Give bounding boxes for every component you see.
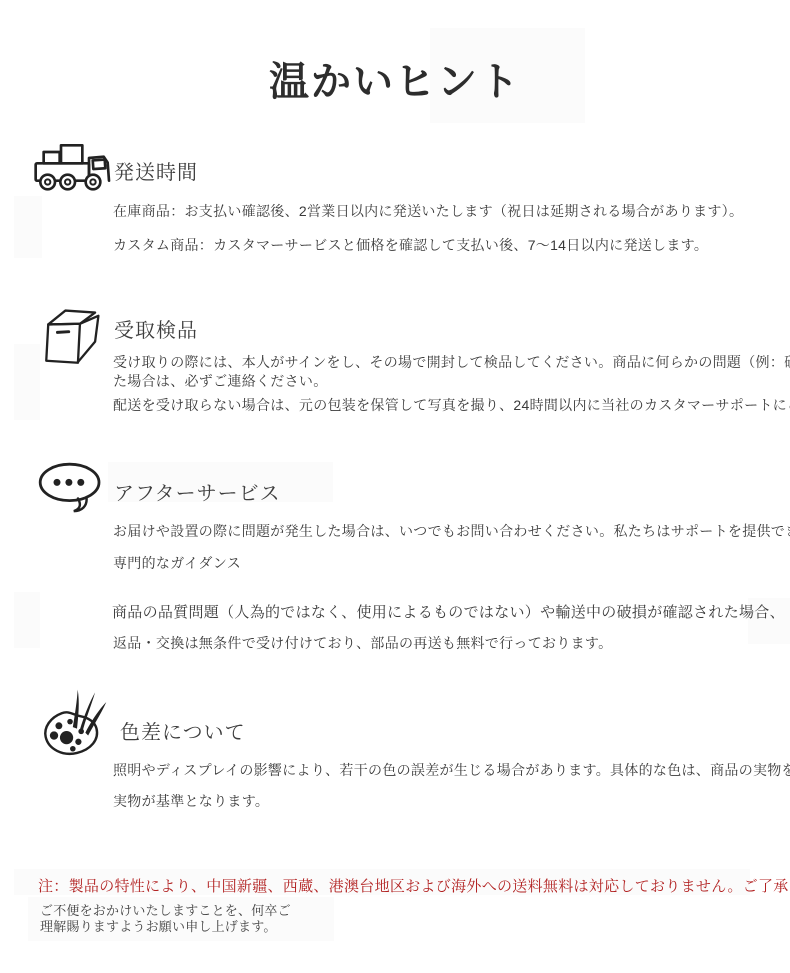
after-service-text-line: 専門的なガイダンス <box>113 553 241 573</box>
inspection-text-line: た場合は、必ずご連絡ください。 <box>113 371 328 391</box>
section-heading-shipping: 発送時間 <box>114 156 198 185</box>
section-heading-color-difference: 色差について <box>120 716 246 745</box>
shipping-text-line: 在庫商品：お支払い確認後、2営業日以内に発送いたします（祝日は延期される場合があ… <box>113 201 743 221</box>
after-service-text-line: 返品・交換は無条件で受け付けており、部品の再送も無料で行っております。 <box>113 633 612 653</box>
inspection-text-line: 受け取りの際には、本人がサインをし、その場で開封して検品してください。商品に何ら… <box>113 352 790 372</box>
after-service-text-line: お届けや設置の際に問題が発生した場合は、いつでもお問い合わせください。私たちはサ… <box>113 521 790 541</box>
apology-note-line: 理解賜りますようお願い申し上げます。 <box>40 916 277 935</box>
section-heading-after-service: アフターサービス <box>114 477 281 506</box>
speech-bubble-icon <box>36 460 106 516</box>
shipping-text-line: カスタム商品：カスタマーサービスと価格を確認して支払い後、7～14日以内に発送し… <box>113 235 708 255</box>
color-difference-text-line: 照明やディスプレイの影響により、若干の色の誤差が生じる場合があります。具体的な色… <box>113 760 790 780</box>
background-artifact <box>14 196 42 258</box>
open-box-icon <box>36 302 108 368</box>
paint-palette-icon <box>38 686 116 760</box>
inspection-text-line: 配送を受け取らない場合は、元の包装を保管して写真を撮り、24時間以内に当社のカス… <box>113 395 790 415</box>
after-service-text-line: 商品の品質問題（人為的ではなく、使用によるものではない）や輸送中の破損が確認され… <box>112 601 785 622</box>
color-difference-text-line: 実物が基準となります。 <box>113 791 269 811</box>
truck-icon <box>33 142 113 194</box>
page-title: 温かいヒント <box>0 50 790 107</box>
section-heading-inspection: 受取検品 <box>114 314 198 343</box>
shipping-restriction-note: 注：製品の特性により、中国新疆、西蔵、港澳台地区および海外への送料無料は対応して… <box>38 875 790 896</box>
product-tips-page: 温かいヒント 発送時間 在庫商品：お支払い確認後、2営業日以内に発送いたします（… <box>0 0 790 973</box>
background-artifact <box>14 592 40 648</box>
